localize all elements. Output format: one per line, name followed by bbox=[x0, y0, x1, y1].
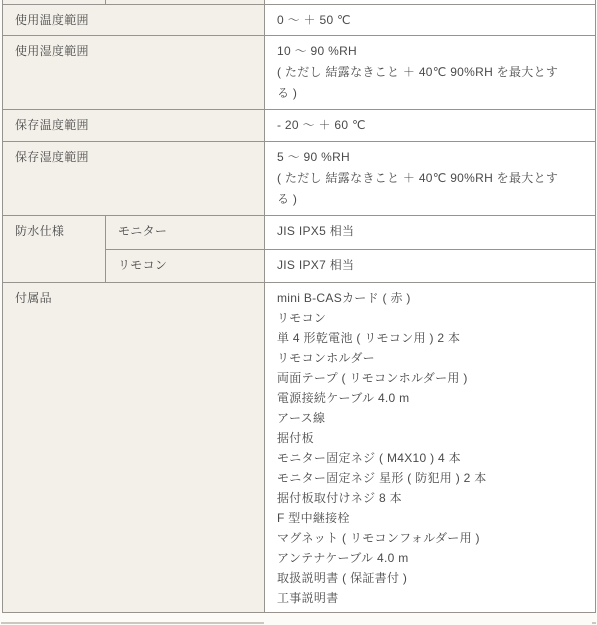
value-line: 電源接続ケーブル 4.0 m bbox=[277, 388, 583, 408]
usage-humidity-value: 10 ～ 90 %RH( ただし 結露なきこと ＋ 40℃ 90%RH を最大と… bbox=[265, 35, 596, 109]
row-storage-temp: 保存温度範囲 - 20 ～ ＋ 60 ℃ bbox=[3, 109, 596, 141]
value-line: 工事説明書 bbox=[277, 588, 583, 608]
spec-table: 使用温度範囲 0 ～ ＋ 50 ℃ 使用湿度範囲 10 ～ 90 %RH( ただ… bbox=[2, 0, 596, 613]
storage-humidity-value: 5 ～ 90 %RH( ただし 結露なきこと ＋ 40℃ 90%RH を最大とす… bbox=[265, 141, 596, 215]
usage-humidity-lines: 10 ～ 90 %RH( ただし 結露なきこと ＋ 40℃ 90%RH を最大と… bbox=[277, 41, 579, 104]
next-table-top-edge-left bbox=[1, 622, 264, 624]
waterproof-monitor-value: JIS IPX5 相当 bbox=[265, 215, 596, 249]
value-line: 取扱説明書 ( 保証書付 ) bbox=[277, 568, 583, 588]
row-accessories: 付属品 mini B-CASカード ( 赤 )リモコン単 4 形乾電池 ( リモ… bbox=[3, 282, 596, 612]
accessories-label: 付属品 bbox=[3, 282, 265, 612]
value-line: ( ただし 結露なきこと ＋ 40℃ 90%RH を最大とす bbox=[277, 62, 579, 83]
value-line: アース線 bbox=[277, 408, 583, 428]
row-waterproof-monitor: 防水仕様 モニター JIS IPX5 相当 bbox=[3, 215, 596, 249]
row-storage-humidity: 保存湿度範囲 5 ～ 90 %RH( ただし 結露なきこと ＋ 40℃ 90%R… bbox=[3, 141, 596, 215]
storage-humidity-label: 保存湿度範囲 bbox=[3, 141, 265, 215]
next-table-top-edge-right bbox=[592, 622, 596, 624]
value-line: アンテナケーブル 4.0 m bbox=[277, 548, 583, 568]
usage-temp-value: 0 ～ ＋ 50 ℃ bbox=[265, 4, 596, 35]
row-usage-humidity: 使用湿度範囲 10 ～ 90 %RH( ただし 結露なきこと ＋ 40℃ 90%… bbox=[3, 35, 596, 109]
value-line: 5 ～ 90 %RH bbox=[277, 147, 579, 168]
storage-humidity-lines: 5 ～ 90 %RH( ただし 結露なきこと ＋ 40℃ 90%RH を最大とす… bbox=[277, 147, 579, 210]
value-line: る ) bbox=[277, 83, 579, 104]
row-usage-temp: 使用温度範囲 0 ～ ＋ 50 ℃ bbox=[3, 4, 596, 35]
value-line: モニター固定ネジ 星形 ( 防犯用 ) 2 本 bbox=[277, 468, 583, 488]
value-line: 据付板取付けネジ 8 本 bbox=[277, 488, 583, 508]
value-line: リモコンホルダー bbox=[277, 348, 583, 368]
usage-humidity-label: 使用湿度範囲 bbox=[3, 35, 265, 109]
value-line: F 型中継接栓 bbox=[277, 508, 583, 528]
waterproof-group-label: 防水仕様 bbox=[3, 215, 106, 282]
value-line: リモコン bbox=[277, 308, 583, 328]
usage-temp-label: 使用温度範囲 bbox=[3, 4, 265, 35]
value-line: 10 ～ 90 %RH bbox=[277, 41, 579, 62]
value-line: mini B-CASカード ( 赤 ) bbox=[277, 288, 583, 308]
waterproof-monitor-label: モニター bbox=[106, 215, 265, 249]
accessories-value: mini B-CASカード ( 赤 )リモコン単 4 形乾電池 ( リモコン用 … bbox=[265, 282, 596, 612]
waterproof-remote-value: JIS IPX7 相当 bbox=[265, 249, 596, 282]
storage-temp-label: 保存温度範囲 bbox=[3, 109, 265, 141]
storage-temp-value: - 20 ～ ＋ 60 ℃ bbox=[265, 109, 596, 141]
value-line: 単 4 形乾電池 ( リモコン用 ) 2 本 bbox=[277, 328, 583, 348]
value-line: る ) bbox=[277, 189, 579, 210]
value-line: ( ただし 結露なきこと ＋ 40℃ 90%RH を最大とす bbox=[277, 168, 579, 189]
value-line: モニター固定ネジ ( M4X10 ) 4 本 bbox=[277, 448, 583, 468]
value-line: 両面テープ ( リモコンホルダー用 ) bbox=[277, 368, 583, 388]
waterproof-remote-label: リモコン bbox=[106, 249, 265, 282]
value-line: マグネット ( リモコンフォルダー用 ) bbox=[277, 528, 583, 548]
accessories-lines: mini B-CASカード ( 赤 )リモコン単 4 形乾電池 ( リモコン用 … bbox=[277, 288, 583, 608]
value-line: 据付板 bbox=[277, 428, 583, 448]
